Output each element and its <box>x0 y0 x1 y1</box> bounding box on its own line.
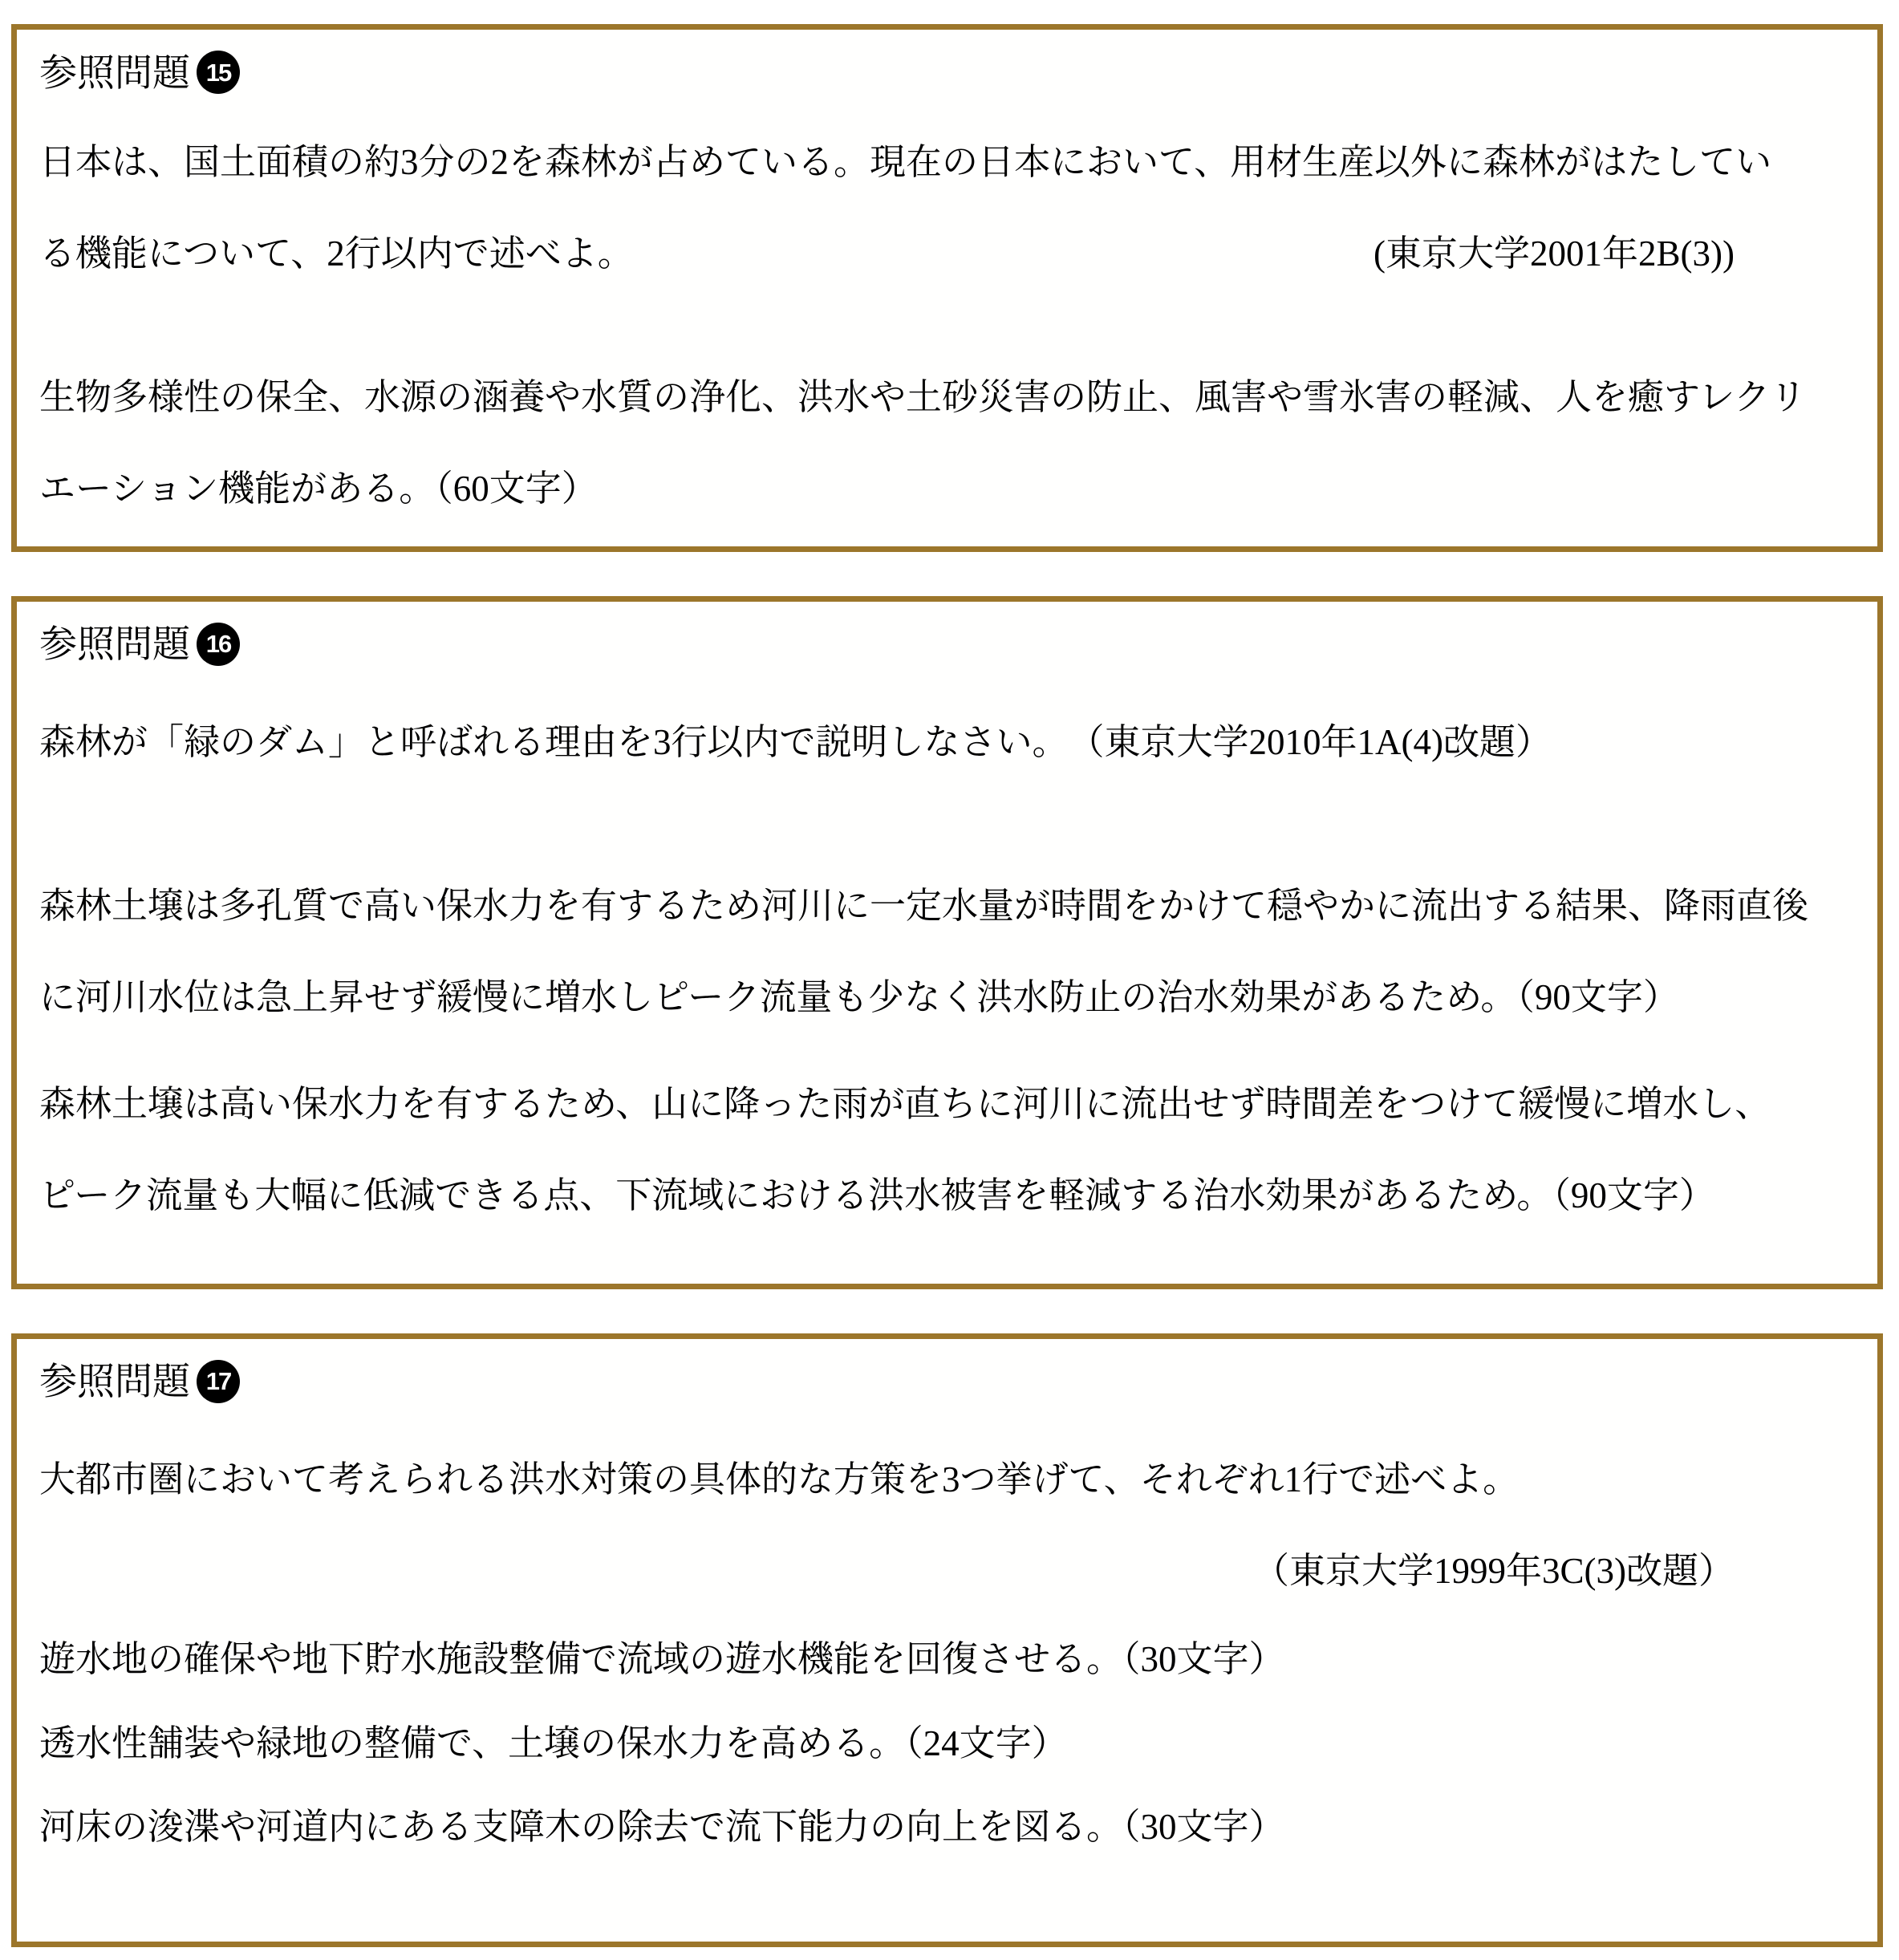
box-17-answer-line-1: 遊水地の確保や地下貯水施設整備で流域の遊水機能を回復させる。（30文字） <box>39 1639 1855 1679</box>
exam-reference-page: 参照問題 15 日本は、国土面積の約3分の2を森林が占めている。現在の日本におい… <box>0 0 1899 1960</box>
box-16-answer2-line-2: ピーク流量も大幅に低減できる点、下流域における洪水被害を軽減する治水効果があるた… <box>39 1175 1855 1215</box>
box-15-header-label: 参照問題 <box>39 54 190 91</box>
box-16-question-text: 森林が「緑のダム」と呼ばれる理由を3行以内で説明しなさい。 <box>39 722 1050 762</box>
box-17-answer-line-2: 透水性舗装や緑地の整備で、土壌の保水力を高める。（24文字） <box>39 1723 1855 1763</box>
question-box-17: 参照問題 17 大都市圏において考えられる洪水対策の具体的な方策を3つ挙げて、そ… <box>11 1333 1883 1948</box>
box-17-source-citation: （東京大学1999年3C(3)改題） <box>39 1551 1855 1591</box>
box-15-question-line-2-text: る機能について、2行以内で述べよ。 <box>39 233 634 274</box>
box-16-source-citation: （東京大学2010年1A(4)改題） <box>1086 722 1552 762</box>
box-16-header-label: 参照問題 <box>39 625 190 663</box>
box-16-header: 参照問題 16 <box>39 623 1855 666</box>
box-16-answer2-line-1: 森林土壌は高い保水力を有するため、山に降った雨が直ちに河川に流出せず時間差をつけ… <box>39 1084 1855 1124</box>
box-16-answer1-line-1: 森林土壌は多孔質で高い保水力を有するため河川に一定水量が時間をかけて穏やかに流出… <box>39 886 1855 926</box>
box-17-header: 参照問題 17 <box>39 1360 1855 1403</box>
box-17-header-label: 参照問題 <box>39 1362 190 1400</box>
box-16-number-badge-icon: 16 <box>197 623 240 666</box>
box-17-number-badge-icon: 17 <box>197 1360 240 1403</box>
box-15-number-badge-icon: 15 <box>197 51 240 94</box>
box-16-answer1-line-2: に河川水位は急上昇せず緩慢に増水しピーク流量も少なく洪水防止の治水効果があるため… <box>39 977 1855 1017</box>
box-15-question-line-1: 日本は、国土面積の約3分の2を森林が占めている。現在の日本において、用材生産以外… <box>39 142 1855 182</box>
box-17-answer-line-3: 河床の浚渫や河道内にある支障木の除去で流下能力の向上を図る。（30文字） <box>39 1807 1855 1847</box>
box-16-question-line: 森林が「緑のダム」と呼ばれる理由を3行以内で説明しなさい。 （東京大学2010年… <box>39 722 1855 762</box>
box-15-question-line-2: る機能について、2行以内で述べよ。 (東京大学2001年2B(3)) <box>39 233 1855 274</box>
question-box-15: 参照問題 15 日本は、国土面積の約3分の2を森林が占めている。現在の日本におい… <box>11 24 1883 552</box>
box-15-source-citation: (東京大学2001年2B(3)) <box>1374 233 1735 274</box>
box-15-answer-line-2: エーション機能がある。（60文字） <box>39 469 1855 509</box>
box-15-header: 参照問題 15 <box>39 51 1855 94</box>
question-box-16: 参照問題 16 森林が「緑のダム」と呼ばれる理由を3行以内で説明しなさい。 （東… <box>11 596 1883 1289</box>
box-17-question-line: 大都市圏において考えられる洪水対策の具体的な方策を3つ挙げて、それぞれ1行で述べ… <box>39 1459 1855 1499</box>
box-15-answer-line-1: 生物多様性の保全、水源の涵養や水質の浄化、洪水や土砂災害の防止、風害や雪氷害の軽… <box>39 377 1855 417</box>
